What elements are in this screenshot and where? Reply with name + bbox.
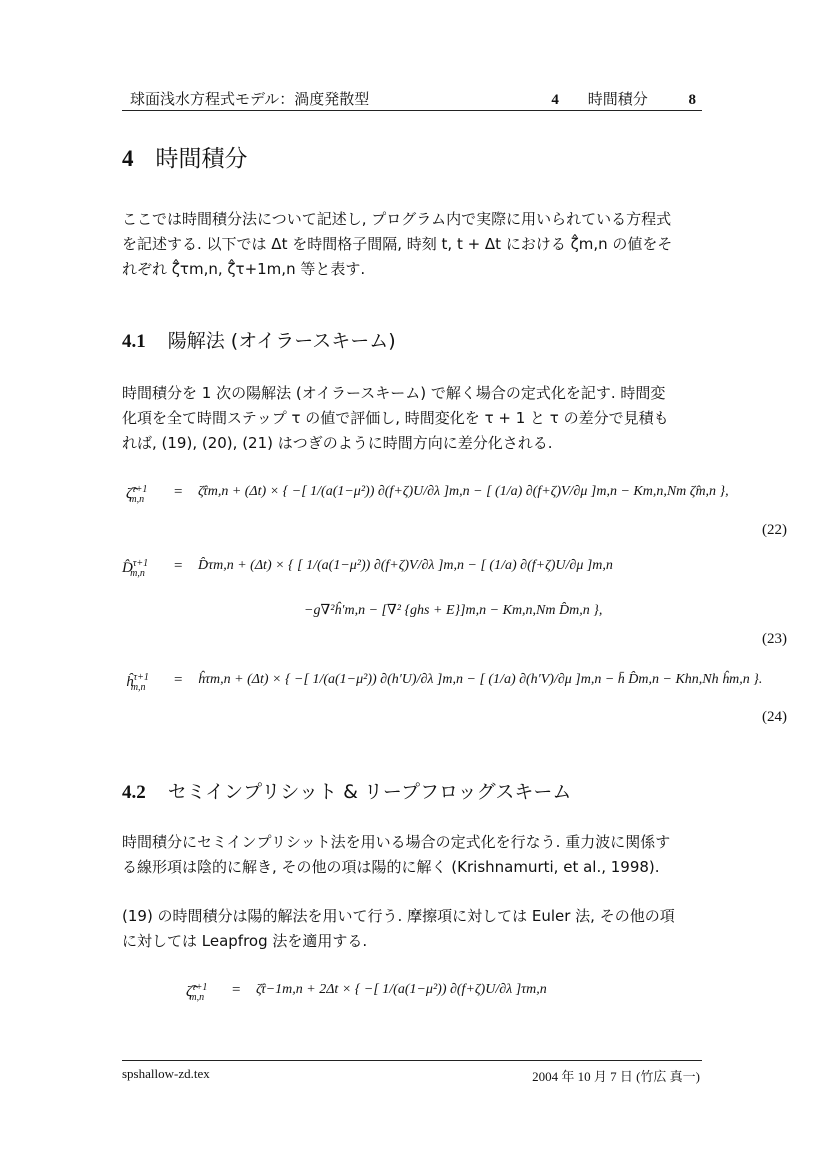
eq24-rhs: ĥτm,n + (Δt) × { −[ 1/(a(1−μ²)) ∂(h′U)/∂… (198, 672, 762, 688)
eq22-lhs: ζ̂τ+1m,n (126, 484, 144, 505)
subsection-4-1-title: 4.1陽解法 (オイラースキーム) (122, 326, 396, 353)
equation-22: ζ̂τ+1m,n = ζ̂τm,n + (Δt) × { −[ 1/(a(1−μ… (122, 470, 802, 520)
eq24-lhs: ĥτ+1m,n (126, 672, 146, 693)
intro-line-1: ここでは時間積分法について記述し, プログラム内で実際に用いられている方程式 (122, 207, 706, 232)
equation-23-number: (23) (762, 631, 787, 648)
section-number: 4 (122, 146, 134, 171)
subsection-4-1-number: 4.1 (122, 331, 146, 352)
equation-22-number: (22) (762, 522, 787, 539)
footer-filename: spshallow-zd.tex (122, 1066, 210, 1082)
subsection-4-2-paragraph-1: 時間積分にセミインプリシット法を用いる場合の定式化を行なう. 重力波に関係す る… (122, 830, 706, 880)
eq23-rhs-line1: D̂τm,n + (Δt) × { [ 1/(a(1−μ²)) ∂(f+ζ)V/… (198, 558, 613, 574)
running-header: 球面浅水方程式モデル：渦度発散型 4 時間積分 8 (122, 88, 702, 110)
footer-rule (122, 1060, 702, 1061)
intro-paragraph: ここでは時間積分法について記述し, プログラム内で実際に用いられている方程式 を… (122, 207, 706, 282)
subsection-4-2-number: 4.2 (122, 782, 146, 803)
section-title-text: 時間積分 (156, 146, 248, 172)
subsection-4-2-title: 4.2セミインプリシット & リープフロッグスキーム (122, 777, 571, 804)
header-section-number: 4 (551, 92, 559, 109)
equation-leapfrog: ζ̂τ+1m,n = ζ̂τ−1m,n + 2Δt × { −[ 1/(a(1−… (172, 972, 692, 1012)
para3-line-2: に対しては Leapfrog 法を適用する. (122, 929, 706, 954)
eq-lf-rhs: ζ̂τ−1m,n + 2Δt × { −[ 1/(a(1−μ²)) ∂(f+ζ)… (256, 982, 547, 998)
subsection-4-2-paragraph-2: (19) の時間積分は陽的解法を用いて行う. 摩擦項に対しては Euler 法,… (122, 904, 706, 954)
footer-date-author: 2004 年 10 月 7 日 (竹広 真一) (532, 1066, 700, 1085)
header-section-title: 時間積分 (588, 88, 648, 109)
page-number: 8 (689, 92, 697, 109)
eq-lf-lhs: ζ̂τ+1m,n (186, 982, 204, 1003)
para2-line-1: 時間積分にセミインプリシット法を用いる場合の定式化を行なう. 重力波に関係す (122, 830, 706, 855)
para3-line-1: (19) の時間積分は陽的解法を用いて行う. 摩擦項に対しては Euler 法,… (122, 904, 706, 929)
header-doc-title: 球面浅水方程式モデル：渦度発散型 (130, 88, 369, 109)
eq23-rhs-line2: −g∇²ĥ′m,n − [∇² {ghs + E}]m,n − Km,n,Nm … (304, 602, 602, 619)
equation-23: D̂τ+1m,n = D̂τm,n + (Δt) × { [ 1/(a(1−μ²… (122, 552, 802, 632)
equation-24-number: (24) (762, 709, 787, 726)
subsection-4-1-text: 陽解法 (オイラースキーム) (168, 330, 396, 352)
eq22-rhs: ζ̂τm,n + (Δt) × { −[ 1/(a(1−μ²)) ∂(f+ζ)U… (198, 484, 729, 500)
section-title: 4時間積分 (122, 140, 248, 173)
intro-line-3: れぞれ ζ̂τm,n, ζ̂τ+1m,n 等と表す. (122, 257, 706, 282)
intro-line-2: を記述する. 以下では Δt を時間格子間隔, 時刻 t, t + Δt におけ… (122, 232, 706, 257)
subsection-4-1-paragraph: 時間積分を 1 次の陽解法 (オイラースキーム) で解く場合の定式化を記す. 時… (122, 381, 706, 456)
eq23-lhs: D̂τ+1m,n (122, 558, 145, 579)
para-line-1: 時間積分を 1 次の陽解法 (オイラースキーム) で解く場合の定式化を記す. 時… (122, 381, 706, 406)
para2-line-2: る線形項は陰的に解き, その他の項は陽的に解く (Krishnamurti, e… (122, 855, 706, 880)
header-section: 4 時間積分 8 (551, 88, 696, 109)
subsection-4-2-text: セミインプリシット & リープフロッグスキーム (168, 781, 572, 803)
para-line-3: れば, (19), (20), (21) はつぎのように時間方向に差分化される. (122, 431, 706, 456)
header-rule (122, 110, 702, 111)
equation-24: ĥτ+1m,n = ĥτm,n + (Δt) × { −[ 1/(a(1−μ²)… (122, 664, 802, 704)
para-line-2: 化項を全て時間ステップ τ の値で評価し, 時間変化を τ + 1 と τ の差… (122, 406, 706, 431)
